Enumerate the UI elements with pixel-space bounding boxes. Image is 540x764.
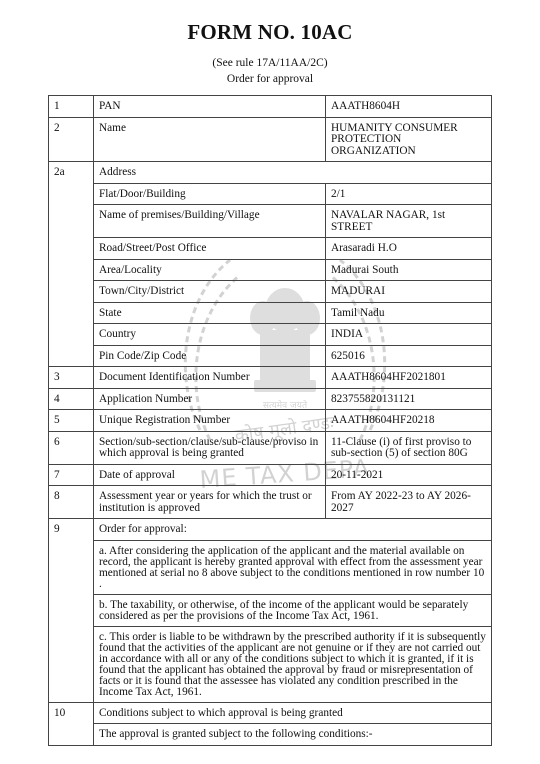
address-value: Tamil Nadu <box>326 302 492 324</box>
address-row-area: Area/Locality Madurai South <box>49 259 492 281</box>
address-row-road: Road/Street/Post Office Arasaradi H.O <box>49 238 492 260</box>
section-value: 11-Clause (i) of first proviso to sub-se… <box>326 431 492 464</box>
row-number: 9 <box>49 519 94 703</box>
row-number: 2 <box>49 117 94 162</box>
address-label: Country <box>94 324 326 346</box>
field-label: Name <box>94 117 326 162</box>
row-number: 10 <box>49 702 94 745</box>
order-paragraph-text: b. The taxability, or otherwise, of the … <box>94 594 492 626</box>
order-paragraph-b: b. The taxability, or otherwise, of the … <box>49 594 492 626</box>
order-paragraph-text: c. This order is liable to be withdrawn … <box>94 626 492 702</box>
address-value: Madurai South <box>326 259 492 281</box>
field-label: Document Identification Number <box>94 367 326 389</box>
order-paragraph-c: c. This order is liable to be withdrawn … <box>49 626 492 702</box>
table-row-order-for-approval: 9 Order for approval: <box>49 519 492 541</box>
field-label: Conditions subject to which approval is … <box>94 702 492 724</box>
field-label: Assessment year or years for which the t… <box>94 486 326 519</box>
row-number: 5 <box>49 410 94 432</box>
table-row-registration-number: 5 Unique Registration Number AAATH8604HF… <box>49 410 492 432</box>
conditions-intro-row: The approval is granted subject to the f… <box>49 724 492 746</box>
address-row-country: Country INDIA <box>49 324 492 346</box>
table-row-conditions: 10 Conditions subject to which approval … <box>49 702 492 724</box>
address-label: Town/City/District <box>94 281 326 303</box>
field-label: Address <box>94 162 492 184</box>
pan-value: AAATH8604H <box>326 96 492 118</box>
address-label: Pin Code/Zip Code <box>94 345 326 367</box>
field-label: Unique Registration Number <box>94 410 326 432</box>
field-label: Application Number <box>94 388 326 410</box>
row-number: 4 <box>49 388 94 410</box>
row-number: 2a <box>49 162 94 367</box>
conditions-intro-text: The approval is granted subject to the f… <box>94 724 492 746</box>
form-title: FORM NO. 10AC <box>0 20 540 45</box>
order-paragraph-text: a. After considering the application of … <box>94 540 492 594</box>
address-label: Flat/Door/Building <box>94 183 326 205</box>
approval-form-table: 1 PAN AAATH8604H 2 Name HUMANITY CONSUME… <box>48 95 492 746</box>
row-number: 3 <box>49 367 94 389</box>
field-label: Section/sub-section/clause/sub-clause/pr… <box>94 431 326 464</box>
address-row-town: Town/City/District MADURAI <box>49 281 492 303</box>
table-row-address: 2a Address <box>49 162 492 184</box>
address-value: NAVALAR NAGAR, 1st STREET <box>326 205 492 238</box>
document-id-value: AAATH8604HF2021801 <box>326 367 492 389</box>
address-row-state: State Tamil Nadu <box>49 302 492 324</box>
assessment-year-value: From AY 2022-23 to AY 2026-2027 <box>326 486 492 519</box>
date-of-approval-value: 20-11-2021 <box>326 464 492 486</box>
table-row-section: 6 Section/sub-section/clause/sub-clause/… <box>49 431 492 464</box>
address-label: Road/Street/Post Office <box>94 238 326 260</box>
field-label: Date of approval <box>94 464 326 486</box>
address-row-pincode: Pin Code/Zip Code 625016 <box>49 345 492 367</box>
form-subtitle: Order for approval <box>0 73 540 85</box>
address-row-flat: Flat/Door/Building 2/1 <box>49 183 492 205</box>
address-value: 2/1 <box>326 183 492 205</box>
row-number: 8 <box>49 486 94 519</box>
address-label: State <box>94 302 326 324</box>
address-value: INDIA <box>326 324 492 346</box>
address-value: Arasaradi H.O <box>326 238 492 260</box>
address-label: Name of premises/Building/Village <box>94 205 326 238</box>
name-value: HUMANITY CONSUMER PROTECTION ORGANIZATIO… <box>326 117 492 162</box>
table-row-name: 2 Name HUMANITY CONSUMER PROTECTION ORGA… <box>49 117 492 162</box>
rule-reference: (See rule 17A/11AA/2C) <box>0 57 540 69</box>
address-value: MADURAI <box>326 281 492 303</box>
field-label: Order for approval: <box>94 519 492 541</box>
row-number: 1 <box>49 96 94 118</box>
table-row-date-of-approval: 7 Date of approval 20-11-2021 <box>49 464 492 486</box>
address-row-premises: Name of premises/Building/Village NAVALA… <box>49 205 492 238</box>
row-number: 6 <box>49 431 94 464</box>
registration-number-value: AAATH8604HF20218 <box>326 410 492 432</box>
application-number-value: 823755820131121 <box>326 388 492 410</box>
table-row-assessment-year: 8 Assessment year or years for which the… <box>49 486 492 519</box>
row-number: 7 <box>49 464 94 486</box>
address-value: 625016 <box>326 345 492 367</box>
table-row-document-id: 3 Document Identification Number AAATH86… <box>49 367 492 389</box>
order-paragraph-a: a. After considering the application of … <box>49 540 492 594</box>
table-row-application-number: 4 Application Number 823755820131121 <box>49 388 492 410</box>
field-label: PAN <box>94 96 326 118</box>
address-label: Area/Locality <box>94 259 326 281</box>
table-row-pan: 1 PAN AAATH8604H <box>49 96 492 118</box>
